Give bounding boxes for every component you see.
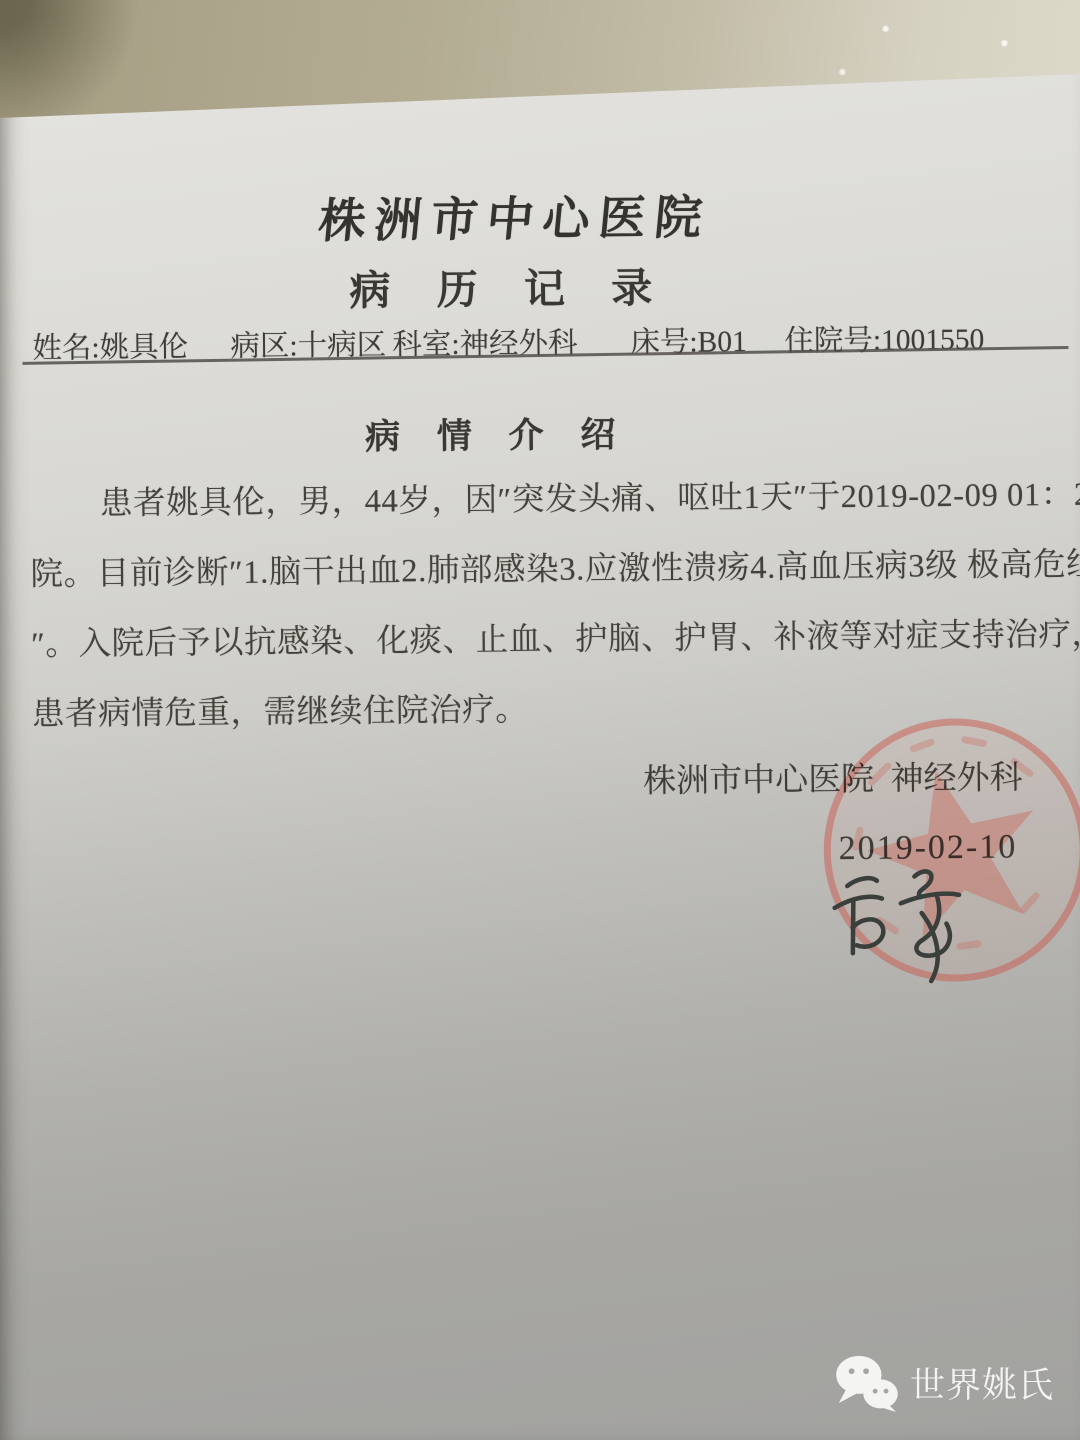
body-line: 院。目前诊断″1.脑干出血2.肺部感染3.应激性溃疡4.高血压病3级 极高危组 [30,539,1061,619]
medical-record-paper: 株洲市中心医院 病 历 记 录 姓名:姚具伦 病区:十病区 科室:神经外科 床号… [0,0,1080,1440]
admission-number-value: 1001550 [881,324,985,357]
photo-scene: 株洲市中心医院 病 历 记 录 姓名:姚具伦 病区:十病区 科室:神经外科 床号… [0,0,1080,1440]
body-line: ″。入院后予以抗感染、化痰、止血、护脑、护胃、补液等对症支持治疗，目前 [31,609,1062,689]
watermark-text: 世界姚氏 [910,1358,1054,1408]
hospital-name: 株洲市中心医院 [0,177,1038,254]
body-line: 患者姚具伦，男，44岁，因″突发头痛、呕吐1天″于2019-02-09 01：2… [30,469,1061,549]
condition-paragraph: 患者姚具伦，男，44岁，因″突发头痛、呕吐1天″于2019-02-09 01：2… [30,469,1063,759]
doctor-signature [819,862,988,990]
wechat-icon [834,1354,900,1412]
admission-number-field: 住院号:1001550 [784,316,984,360]
watermark: 世界姚氏 [834,1352,1054,1414]
document-content: 株洲市中心医院 病 历 记 录 姓名:姚具伦 病区:十病区 科室:神经外科 床号… [0,0,1080,1440]
document-title: 病 历 记 录 [0,251,1024,320]
section-title: 病 情 介 绍 [0,404,997,464]
